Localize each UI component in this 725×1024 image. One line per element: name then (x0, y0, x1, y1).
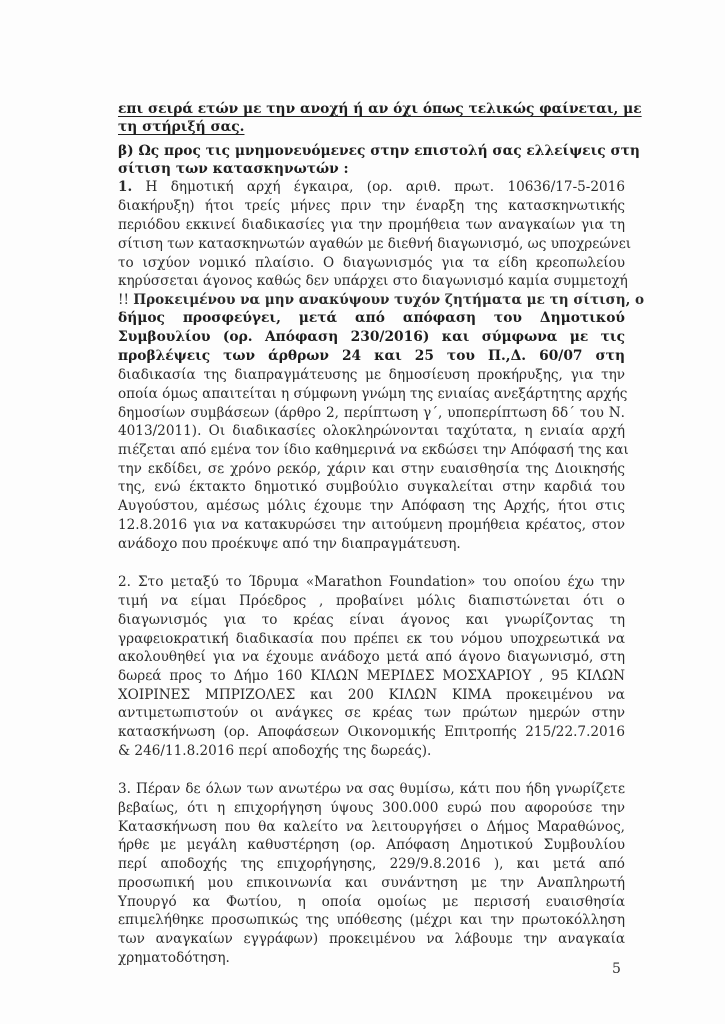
exclamation-prefix: !! (118, 292, 129, 308)
item1-rest-line: της, ενώ έκτακτο δημοτικό συμβούλιο συγκ… (118, 478, 625, 496)
item2-line: ΧΟΙΡΙΝΕΣ ΜΠΡΙΖΟΛΕΣ και 200 ΚΙΛΩΝ ΚΙΜΑ πρ… (118, 686, 625, 704)
item1-first-line: 1. Η δημοτική αρχή έγκαιρα, (ορ. αριθ. π… (118, 178, 625, 196)
item1-rest-line: πιέζεται από εμένα τον ίδιο καθημερινά ν… (118, 441, 625, 459)
item1-rest-line: 12.8.2016 για να κατακυρώσει την αιτούμε… (118, 516, 625, 534)
item3-line: των αναγκαίων εγγράφων) προκειμένου να λ… (118, 930, 625, 948)
item1-rest-line: ανάδοχο που προέκυψε από την διαπραγμάτε… (118, 535, 625, 553)
item2-line: τιμή να είμαι Πρόεδρος , προβαίνει μόλις… (118, 592, 625, 610)
item3-line: προσωπική μου επικοινωνία και συνάντηση … (118, 874, 625, 892)
item2-line: γραφειοκρατική διαδικασία που πρέπει εκ … (118, 630, 625, 648)
item1-line: περιόδου εκκινεί διαδικασίες για την προ… (118, 216, 625, 234)
item1-rest-line: οποία όμως απαιτείται η σύμφωνη γνώμη τη… (118, 385, 625, 403)
heading-b-line-2: σίτιση των κατασκηνωτών : (118, 160, 625, 178)
item1-number: 1. (118, 179, 132, 195)
item3-line: περί αποδοχής της επιχορήγησης, 229/9.8.… (118, 855, 625, 873)
intro-line-2: τη στήριξή σας. (118, 118, 625, 136)
item1-line: κηρύσσεται άγονος καθώς δεν υπάρχει στο … (118, 272, 625, 290)
item2-line: ακολουθηθεί για να έχουμε ανάδοχο μετά α… (118, 648, 625, 666)
item1-line: το ισχύον νομικό πλαίσιο. Ο διαγωνισμός … (118, 254, 625, 272)
item3-line: Υπουργό κα Φωτίου, η οποία ομοίως με περ… (118, 893, 625, 911)
item1-line: σίτιση των κατασκηνωτών αγαθών με διεθνή… (118, 235, 625, 253)
page-number: 5 (612, 961, 621, 977)
item1-bold-text: Προκειμένου να μην ανακύψουν τυχόν ζητήμ… (133, 292, 644, 308)
item3-line: 3. Πέραν δε όλων των ανωτέρω να σας θυμί… (118, 780, 625, 798)
item1-bold-line: δήμος προσφεύγει, μετά από απόφαση του Δ… (118, 309, 625, 327)
item1-rest-line: Αυγούστου, αμέσως μόλις έχουμε την Απόφα… (118, 497, 625, 515)
item2-line: κατασκήνωση (ορ. Αποφάσεων Οικονομικής Ε… (118, 723, 625, 741)
item1-bold-line: Συμβουλίου (ορ. Απόφαση 230/2016) και σύ… (118, 328, 625, 346)
item3-line: βεβαίως, ότι η επιχορήγηση ύψους 300.000… (118, 799, 625, 817)
item2-line: αντιμετωπιστούν οι ανάγκες σε κρέας των … (118, 704, 625, 722)
item1-rest-line: δημοσίων συμβάσεων (άρθρο 2, περίπτωση γ… (118, 404, 625, 422)
document-page: επι σειρά ετών με την ανοχή ή αν όχι όπω… (0, 0, 725, 1024)
item2-line: διαγωνισμός για το κρέας είναι άγονος κα… (118, 611, 625, 629)
item1-line: διακήρυξη) ήτοι τρείς μήνες πριν την ένα… (118, 197, 625, 215)
intro-line-1: επι σειρά ετών με την ανοχή ή αν όχι όπω… (118, 100, 625, 118)
heading-b-line-1: β) Ως προς τις μνημονευόμενες στην επιστ… (118, 142, 625, 160)
item3-line: ήρθε με μεγάλη καθυστέρηση (ορ. Απόφαση … (118, 836, 625, 854)
item1-rest-line: την εκδίδει, σε χρόνο ρεκόρ, χάριν και σ… (118, 460, 625, 478)
item3-line: επιμελήθηκε προσωπικώς της υπόθεσης (μέχ… (118, 911, 625, 929)
item3-line: χρηματοδότηση. (118, 949, 625, 967)
item2-line: & 246/11.8.2016 περί αποδοχής της δωρεάς… (118, 742, 625, 760)
item1-bold-line: προβλέψεις των άρθρων 24 και 25 του Π.,Δ… (118, 347, 625, 365)
item1-first-text: Η δημοτική αρχή έγκαιρα, (ορ. αριθ. πρωτ… (146, 179, 625, 195)
item1-rest-line: 4013/2011). Οι διαδικασίες ολοκληρώνοντα… (118, 422, 625, 440)
item2-line: δωρεά προς το Δήμο 160 ΚΙΛΩΝ ΜΕΡΙΔΕΣ ΜΟΣ… (118, 667, 625, 685)
item1-rest-line: διαδικασία της διαπραγμάτευσης με δημοσί… (118, 366, 625, 384)
item1-bold-line-1: !! Προκειμένου να μην ανακύψουν τυχόν ζη… (118, 291, 625, 309)
item2-line: 2. Στο μεταξύ το Ίδρυμα «Marathon Founda… (118, 573, 625, 591)
item3-line: Κατασκήνωση που θα καλείτο να λειτουργήσ… (118, 818, 625, 836)
